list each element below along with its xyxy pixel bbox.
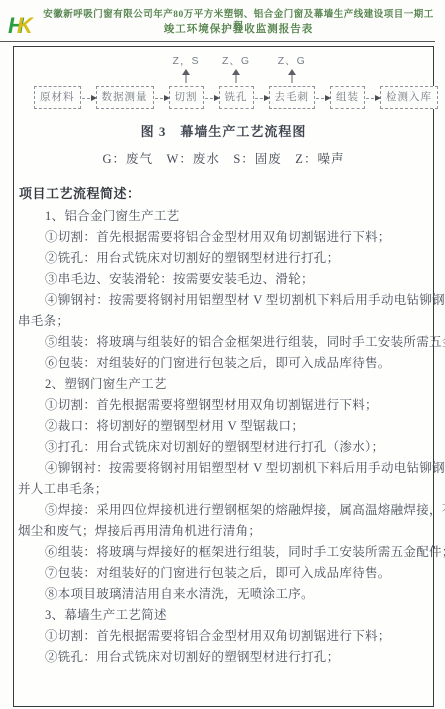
- flow-step-box: 去毛刺: [269, 86, 316, 109]
- process-step-line: 串毛条；: [14, 311, 433, 332]
- process-step-line: ①切割：首先根据需要将铝合金型材用双角切割锯进行下料；: [14, 227, 433, 248]
- emission-marker: Z，S: [173, 56, 200, 84]
- process-step-line: ①切割：首先根据需要将铝合金型材用双角切割锯进行下料；: [14, 626, 433, 647]
- process-step-line: ③串毛边、安装滑轮：按需要安装毛边、滑轮；: [14, 269, 433, 290]
- right-arrow-icon: [205, 98, 218, 99]
- report-header-line2: 竣工环境保护验收监测报告表: [40, 23, 437, 36]
- emission-label: Z、G: [222, 56, 250, 67]
- process-step-line: ⑤焊接：采用四位焊接机进行塑钢框架的熔融焊接，属高温熔融焊接，不产生: [14, 500, 433, 521]
- flow-step-box: 原材料: [34, 86, 81, 109]
- process-step-line: ④铆钢衬：按需要将钢衬用铝塑型材 V 型切割机下料后用手动电钻铆钢衬，: [14, 458, 433, 479]
- flow-step: 检测入库: [380, 86, 438, 112]
- right-arrow-icon: [316, 98, 329, 99]
- flow-step-box: 检测入库: [380, 86, 438, 109]
- process-step-line: ⑦包装：对组装好的门窗进行包装之后，即可入成品库待售。: [14, 563, 433, 584]
- flow-step: Z、G去毛刺: [269, 56, 316, 112]
- document-page: HK 安徽新呼吸门窗有限公司年产80万平方米塑钢、铝合金门窗及幕墙生产线建设项目…: [0, 0, 445, 709]
- process-description: 1、铝合金门窗生产工艺①切割：首先根据需要将铝合金型材用双角切割锯进行下料；②铣…: [14, 206, 433, 668]
- up-arrow-icon: [231, 69, 241, 84]
- emission-label: Z，S: [173, 56, 200, 67]
- header-divider: [0, 41, 435, 42]
- section-heading: 项目工艺流程简述：: [19, 183, 433, 202]
- process-step-line: 并人工串毛条；: [14, 479, 433, 500]
- right-arrow-icon: [82, 98, 95, 99]
- emission-legend: G：废气 W：废水 S：固废 Z：噪声: [14, 149, 433, 167]
- emission-label: Z、G: [278, 56, 306, 67]
- flow-step: 组装: [330, 86, 365, 112]
- right-arrow-icon: [155, 98, 168, 99]
- flow-step-box: 切割: [169, 86, 204, 109]
- process-step-line: ⑥包装：对组装好的门窗进行包装之后，即可入成品库待售。: [14, 353, 433, 374]
- process-step-line: ⑥组装：将玻璃与焊接好的框架进行组装，同时手工安装所需五金配件；: [14, 542, 433, 563]
- figure-caption: 图 3 幕墙生产工艺流程图: [14, 121, 433, 140]
- process-step-line: 3、幕墙生产工艺简述: [14, 605, 433, 626]
- process-step-line: ⑧本项目玻璃清洁用自来水清洗，无喷涂工序。: [14, 584, 433, 605]
- process-step-line: ④铆钢衬：按需要将钢衬用铝塑型材 V 型切割机下料后用手动电钻铆钢衬，并人工: [14, 290, 433, 311]
- up-arrow-icon: [287, 69, 297, 84]
- process-step-line: ②裁口：将切割好的塑钢型材用 V 型锯裁口；: [14, 416, 433, 437]
- process-step-line: 2、塑钢门窗生产工艺: [14, 374, 433, 395]
- process-flowchart: 原材料数据测量Z，S切割Z、G铣孔Z、G去毛刺组装检测入库: [14, 50, 433, 112]
- flow-step-box: 数据测量: [96, 86, 154, 109]
- logo-letter-k: K: [17, 13, 33, 38]
- process-step-line: ③打孔：用台式铣床对切割好的塑钢型材进行打孔（渗水）；: [14, 437, 433, 458]
- up-arrow-icon: [181, 69, 191, 84]
- flow-step: Z、G铣孔: [219, 56, 254, 112]
- process-step-line: 1、铝合金门窗生产工艺: [14, 206, 433, 227]
- process-step-line: ②铣孔：用台式铣床对切割好的塑钢型材进行打孔；: [14, 647, 433, 668]
- process-step-line: ①切割：首先根据需要将塑钢型材用双角切割锯进行下料；: [14, 395, 433, 416]
- flow-step: Z，S切割: [169, 56, 204, 112]
- process-step-line: ②铣孔：用台式铣床对切割好的塑钢型材进行打孔；: [14, 248, 433, 269]
- right-arrow-icon: [255, 98, 268, 99]
- emission-marker: Z、G: [278, 56, 306, 84]
- right-arrow-icon: [366, 98, 379, 99]
- flow-step-box: 铣孔: [219, 86, 254, 109]
- emission-marker: Z、G: [222, 56, 250, 84]
- report-table-cell: 原材料数据测量Z，S切割Z、G铣孔Z、G去毛刺组装检测入库 图 3 幕墙生产工艺…: [13, 46, 434, 707]
- process-step-line: 烟尘和废气；焊接后再用清角机进行清角；: [14, 521, 433, 542]
- flow-row: 原材料数据测量Z，S切割Z、G铣孔Z、G去毛刺组装检测入库: [14, 50, 433, 112]
- flow-step: 数据测量: [96, 86, 154, 112]
- flow-step-box: 组装: [330, 86, 365, 109]
- flow-step: 原材料: [34, 86, 81, 112]
- process-step-line: ⑤组装：将玻璃与组装好的铝合金框架进行组装，同时手工安装所需五金配件；: [14, 332, 433, 353]
